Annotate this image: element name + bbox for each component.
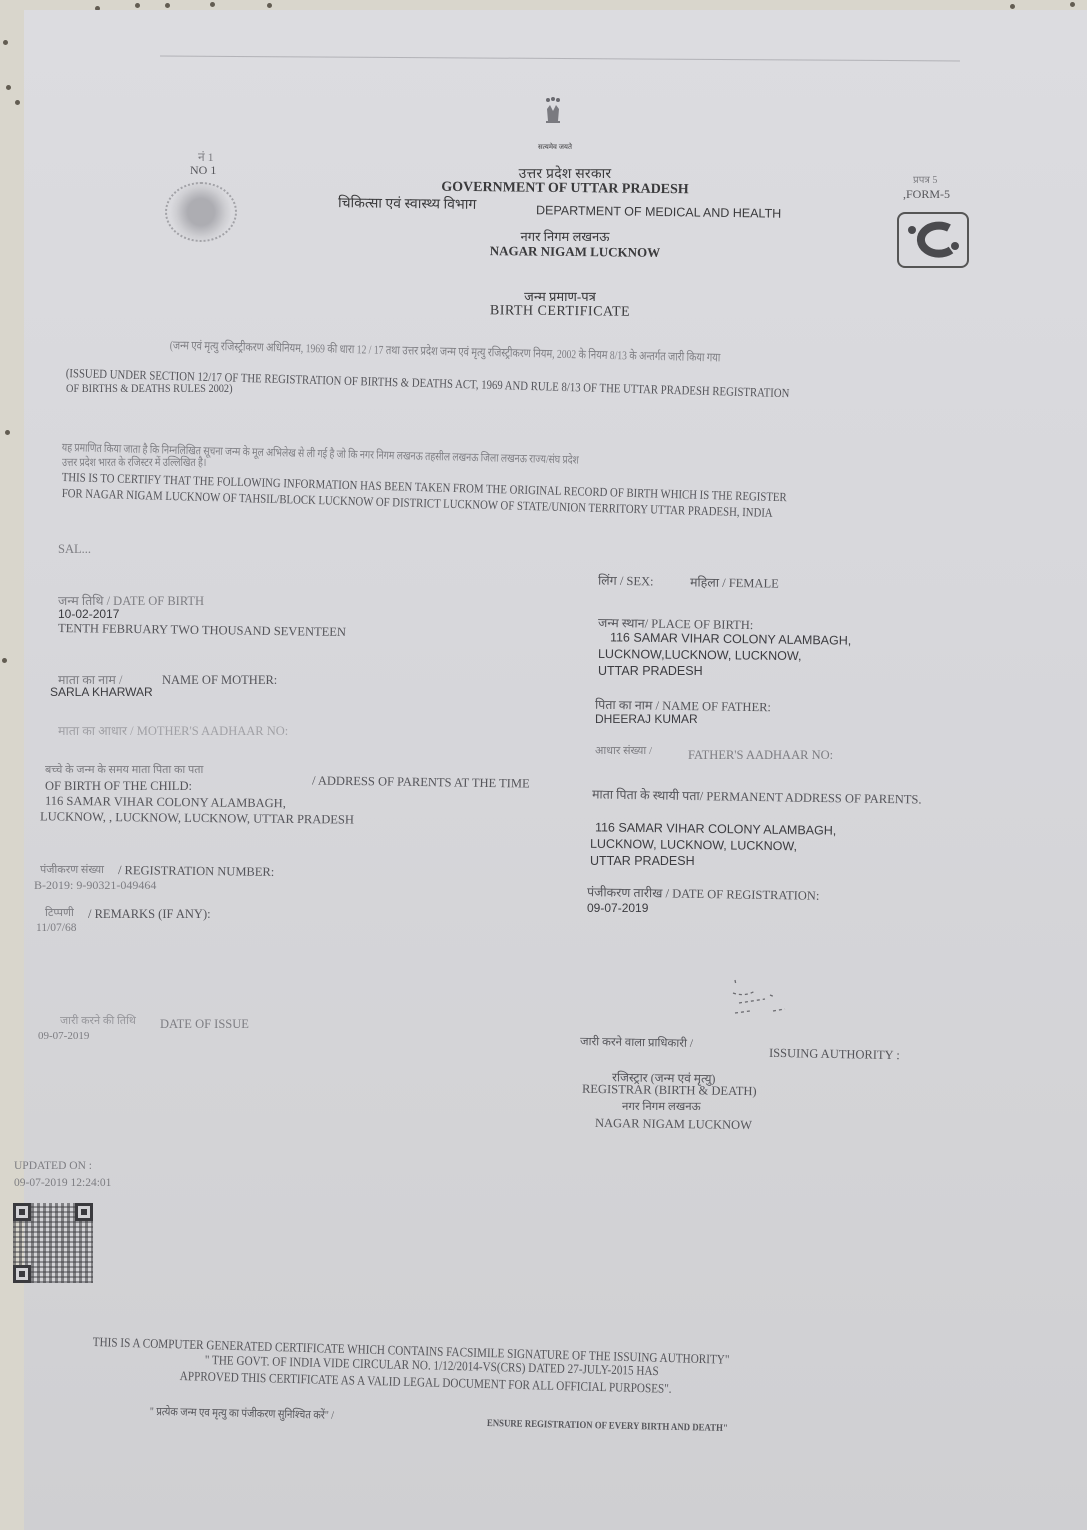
health-department-logo-icon xyxy=(897,212,969,268)
national-emblem-icon xyxy=(540,95,566,139)
remarks-label: / REMARKS (IF ANY): xyxy=(88,907,211,922)
mother-name-label: NAME OF MOTHER: xyxy=(162,673,277,688)
father-name-value: DHEERAJ KUMAR xyxy=(595,712,698,726)
issue-date-label-hindi: जारी करने की तिथि xyxy=(60,1013,136,1028)
dob-value: 10-02-2017 xyxy=(58,607,119,621)
speck xyxy=(6,85,11,90)
remarks-label-hindi: टिप्पणी xyxy=(45,905,74,920)
speck xyxy=(2,658,7,663)
sex-label: लिंग / SEX: xyxy=(598,572,654,590)
issue-date-value: 09-07-2019 xyxy=(38,1030,89,1042)
place-of-birth-line2: LUCKNOW,LUCKNOW, LUCKNOW, xyxy=(598,647,802,663)
permanent-address-line3: UTTAR PRADESH xyxy=(590,854,695,868)
speck xyxy=(1070,2,1075,7)
up-govt-seal-icon xyxy=(165,182,237,242)
speck xyxy=(15,100,20,105)
registration-date-value: 09-07-2019 xyxy=(587,901,648,915)
registrar-body-hindi: नगर निगम लखनऊ xyxy=(622,1099,701,1114)
permanent-address-line2: LUCKNOW, LUCKNOW, LUCKNOW, xyxy=(590,837,797,854)
issuing-authority-label: ISSUING AUTHORITY : xyxy=(769,1046,900,1063)
speck xyxy=(3,40,8,45)
registration-number-value: B-2019: 9-90321-049464 xyxy=(34,878,156,893)
issued-under-line2: OF BIRTHS & DEATHS RULES 2002) xyxy=(66,381,233,396)
updated-on-label: UPDATED ON : xyxy=(14,1160,92,1172)
registration-number-label-hindi: पंजीकरण संख्या xyxy=(40,862,104,877)
updated-on-value: 09-07-2019 12:24:01 xyxy=(14,1177,111,1189)
speck xyxy=(267,3,272,8)
form-number-hindi: प्रपत्र 5 xyxy=(913,172,937,186)
place-of-birth-line3: UTTAR PRADESH xyxy=(598,664,703,678)
qr-finder-pattern xyxy=(13,1203,31,1221)
speck xyxy=(165,3,170,8)
speck xyxy=(1010,4,1015,9)
qr-finder-pattern xyxy=(75,1203,93,1221)
remarks-value: 11/07/68 xyxy=(36,922,76,934)
qr-finder-pattern xyxy=(13,1265,31,1283)
emblem-caption: सत्यमेव जयते xyxy=(520,143,590,152)
father-aadhaar-label: FATHER'S AADHAAR NO: xyxy=(688,748,833,763)
issuing-authority-label-hindi: जारी करने वाला प्राधिकारी / xyxy=(580,1034,693,1051)
sex-value: महिला / FEMALE xyxy=(690,573,779,591)
facsimile-signature-icon xyxy=(725,975,795,1020)
address-at-birth-line1: 116 SAMAR VIHAR COLONY ALAMBAGH, xyxy=(45,794,286,812)
certify-hindi-line2: उत्तर प्रदेश भारत के रजिस्टर में उल्लिखि… xyxy=(62,455,206,470)
address-at-birth-label: / ADDRESS OF PARENTS AT THE TIME xyxy=(312,773,530,791)
mother-name-value: SARLA KHARWAR xyxy=(50,685,153,699)
address-at-birth-label-2: OF BIRTH OF THE CHILD: xyxy=(45,779,192,794)
speck xyxy=(135,3,140,8)
issuing-body: NAGAR NIGAM LUCKNOW xyxy=(430,242,720,261)
department-hindi: चिकित्सा एवं स्वास्थ्य विभाग xyxy=(338,193,477,214)
child-name: SAL... xyxy=(58,542,91,557)
father-aadhaar-label-hindi: आधार संख्या / xyxy=(595,743,652,758)
registrar-body: NAGAR NIGAM LUCKNOW xyxy=(595,1116,752,1133)
certificate-title: BIRTH CERTIFICATE xyxy=(440,303,680,322)
form-number: ,FORM-5 xyxy=(903,187,950,202)
address-at-birth-label-hindi: बच्चे के जन्म के समय माता पिता का पता xyxy=(45,762,203,777)
speck xyxy=(5,430,10,435)
speck xyxy=(210,2,215,7)
issue-date-label: DATE OF ISSUE xyxy=(160,1017,249,1032)
qr-code[interactable] xyxy=(13,1203,93,1283)
mother-aadhaar-label: माता का आधार / MOTHER'S AADHAAR NO: xyxy=(58,722,288,739)
registrar-title: REGISTRAR (BIRTH & DEATH) xyxy=(582,1082,757,1099)
number-en: NO 1 xyxy=(190,163,216,178)
